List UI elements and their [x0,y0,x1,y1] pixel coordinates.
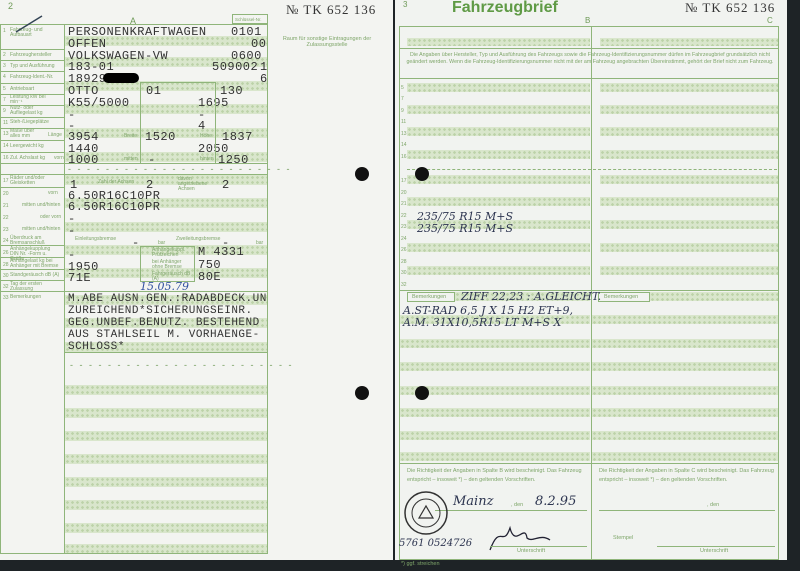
left-page: 2 A Schlüssel-Nr. 1 Fahrzeug- und Aufba [0,0,393,560]
punch-hole [355,386,369,400]
remarks-b-line: A.M. 31X10,5R15 LT M+S X [403,316,561,329]
certification-text-c: Die Richtigkeit der Angaben in Spalte C … [599,467,775,485]
redaction-bar [103,73,139,83]
punch-hole [415,386,429,400]
document-title: Fahrzeugbrief [452,0,558,17]
remarks-line: SCHLOSS* [68,341,125,353]
key-typ: 509002 [212,60,258,74]
remarks-line: M.ABE AUSN.GEN.:RADABDECK.UN [68,293,267,305]
remarks-label-c: Bemerkungen [598,292,650,302]
label-bemerkungen: Bemerkungen [10,295,41,300]
remarks-line: GEG.UNBEF.BENUTZ. BESTEHEND [68,317,260,329]
remarks-line: AUS STAHLSEIL M. VORHAENGE- [68,329,260,341]
punch-hole [355,167,369,181]
label-ident: Fahrzeug-Ident.-Nr. [10,75,53,80]
footnote: *) ggf. streichen [401,562,440,567]
label-hersteller: Fahrzeughersteller [10,53,52,58]
label-leistung: Leistung kW bei min⁻¹ [10,95,50,105]
side-note: Raum für sonstige Eintragungen der Zulas… [272,36,382,48]
right-page: 3 Fahrzeugbrief № TK 652 136 B C Die Ang… [395,0,787,560]
tuev-stamp-icon [403,490,449,536]
certification-text-b: Die Richtigkeit der Angaben in Spalte B … [407,467,587,485]
column-b-header: B [585,16,590,25]
value-fahrgeraeusch: 80E [198,270,221,284]
label-standgeraeusch: Standgeräusch dB (A) [10,273,59,278]
notice-text: Die Angaben über Hersteller, Typ und Aus… [405,52,775,66]
check-mark-icon [14,14,44,38]
label-achslast: Zul. Achslast kg [10,156,45,161]
stamp-label-c: Stempel [613,536,633,541]
label-leergewicht: Leergewicht kg [10,144,44,149]
date-b: 8.2.95 [535,494,576,509]
schluessel-header: Schlüssel-Nr. [232,14,268,24]
label-antriebsart: Antriebsart [10,87,34,92]
serial-number-right: № TK 652 136 [685,0,775,16]
page-corner-mark: 2 [8,1,13,11]
label-ueberdruck: Überdruck am Bremsanschluß [10,236,55,246]
value-leistung: K55/5000 [68,96,130,110]
label-raeder: Räder und/oder Gleisketten [10,176,50,186]
key-ident: 6 [260,72,268,86]
value-kupplung-pruefzeichen: M 4331 [198,245,244,259]
stamp-number: 5761 0524726 [399,538,472,549]
punch-hole [415,167,429,181]
column-c-header: C [767,16,773,25]
b-tire-23: 235/75 R15 M+S [417,222,513,235]
label-anhaengelast: Anhängelast kg bei Anhänger mit Bremse [10,259,60,269]
remarks-label-b: Bemerkungen [407,292,455,302]
place-b: Mainz [453,494,493,509]
label-masse: Maße über alles mm [10,129,40,139]
value-reifen-hinten: 6.50R16C10PR [68,200,160,214]
value-standgeraeusch: 71E [68,271,91,285]
serial-number-left: № TK 652 136 [286,2,376,18]
label-erstzulassung: Tag der ersten Zulassung [10,282,50,292]
label-stehplaetze: Steh-/Liegeplätze [10,120,49,125]
label-typ: Typ und Ausführung [10,64,54,69]
remarks-b-line: ZIFF 22,23 : A.GLEICHT. [461,290,601,303]
remarks-line: ZUREICHEND*SICHERUNGSEINR. [68,305,253,317]
label-nutzlast: Nutz- oder Aufliegelast kg [10,106,55,116]
